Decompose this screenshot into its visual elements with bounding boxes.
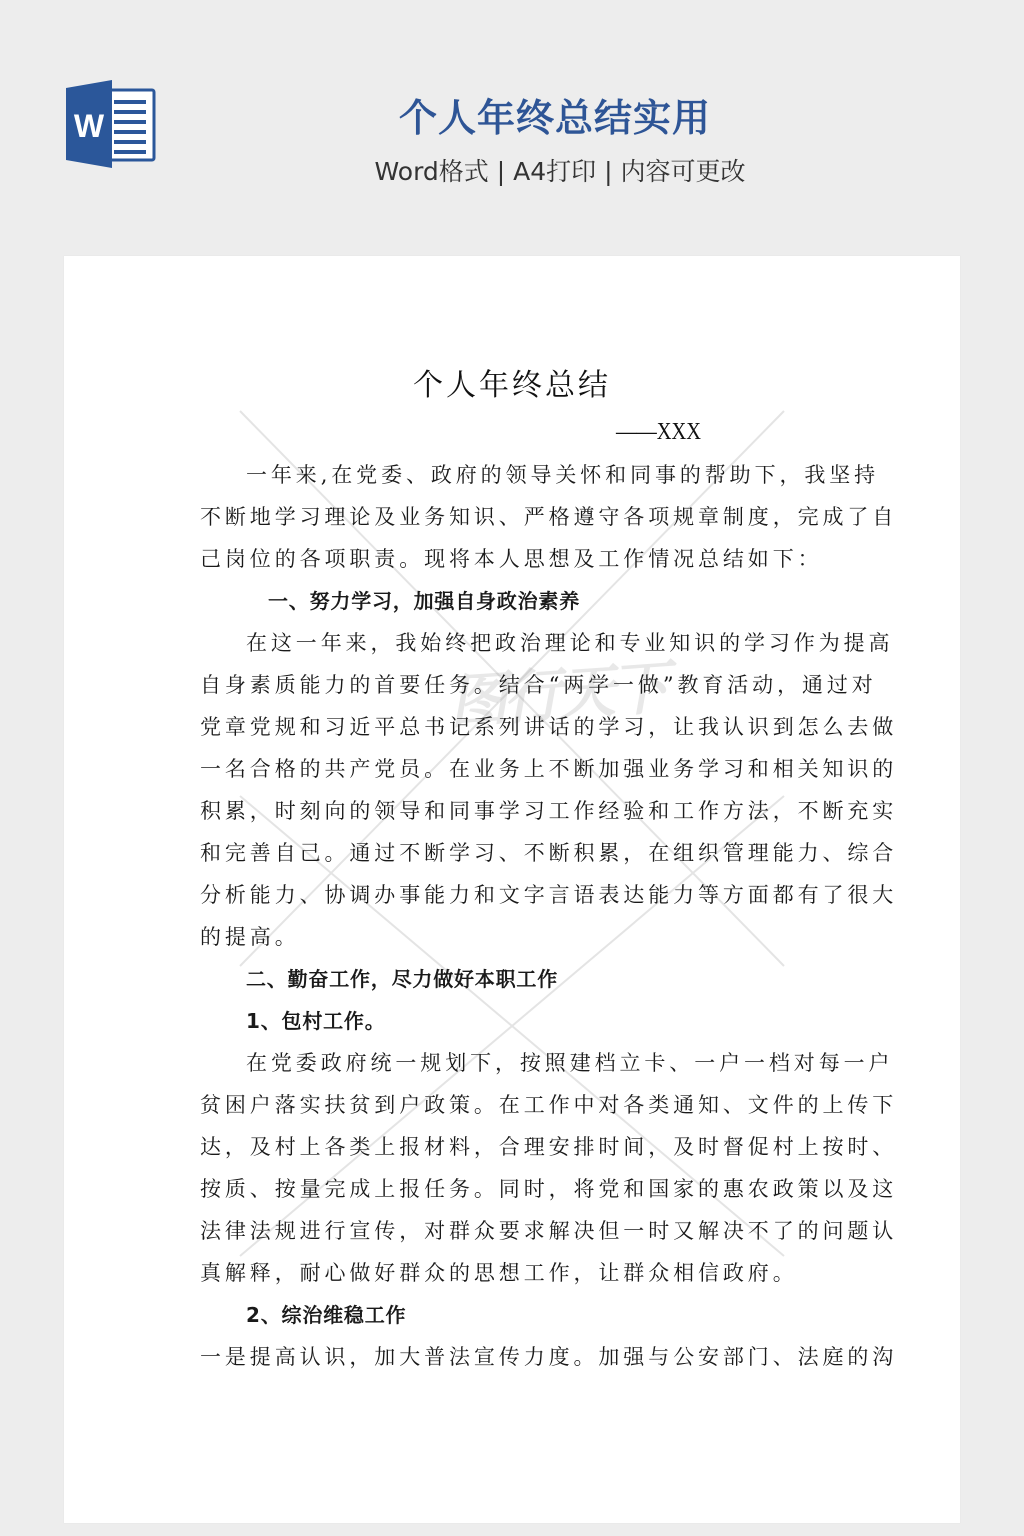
body-line: 一年来,在党委、政府的领导关怀和同事的帮助下，我坚持 bbox=[200, 454, 826, 496]
section-heading: 二、勤奋工作，尽力做好本职工作 bbox=[200, 958, 826, 1000]
body-line: 在党委政府统一规划下，按照建档立卡、一户一档对每一户 bbox=[200, 1042, 826, 1084]
document-page: 图行天下 个人年终总结 ——XXX 一年来,在党委、政府的领导关怀和同事的帮助下… bbox=[64, 256, 960, 1523]
body-line: 积累，时刻向的领导和同事学习工作经验和工作方法，不断充实 bbox=[200, 790, 826, 832]
body-line: 党章党规和习近平总书记系列讲话的学习，让我认识到怎么去做 bbox=[200, 706, 826, 748]
subsection-heading: 2、综治维稳工作 bbox=[200, 1294, 826, 1336]
subsection-heading: 1、包村工作。 bbox=[200, 1000, 826, 1042]
body-line: 一是提高认识，加大普法宣传力度。加强与公安部门、法庭的沟 bbox=[200, 1336, 826, 1378]
banner-subtitle: Word格式 | A4打印 | 内容可更改 bbox=[330, 152, 790, 192]
body-line: 自身素质能力的首要任务。结合“两学一做”教育活动，通过对 bbox=[200, 664, 826, 706]
body-line: 和完善自己。通过不断学习、不断积累，在组织管理能力、综合 bbox=[200, 832, 826, 874]
document-title: 个人年终总结 bbox=[64, 364, 960, 408]
section-heading: 一、努力学习，加强自身政治素养 bbox=[200, 580, 826, 622]
banner-title: 个人年终总结实用 bbox=[340, 92, 770, 144]
body-line: 己岗位的各项职责。现将本人思想及工作情况总结如下： bbox=[200, 538, 826, 580]
document-author: ——XXX bbox=[616, 414, 701, 450]
body-line: 真解释，耐心做好群众的思想工作，让群众相信政府。 bbox=[200, 1252, 826, 1294]
body-line: 分析能力、协调办事能力和文字言语表达能力等方面都有了很大 bbox=[200, 874, 826, 916]
body-line: 的提高。 bbox=[200, 916, 826, 958]
body-line: 不断地学习理论及业务知识、严格遵守各项规章制度，完成了自 bbox=[200, 496, 826, 538]
word-document-icon: W bbox=[64, 80, 158, 168]
body-line: 一名合格的共产党员。在业务上不断加强业务学习和相关知识的 bbox=[200, 748, 826, 790]
body-line: 贫困户落实扶贫到户政策。在工作中对各类通知、文件的上传下 bbox=[200, 1084, 826, 1126]
body-line: 在这一年来，我始终把政治理论和专业知识的学习作为提高 bbox=[200, 622, 826, 664]
body-line: 按质、按量完成上报任务。同时，将党和国家的惠农政策以及这 bbox=[200, 1168, 826, 1210]
svg-text:W: W bbox=[74, 108, 105, 144]
body-line: 法律法规进行宣传，对群众要求解决但一时又解决不了的问题认 bbox=[200, 1210, 826, 1252]
document-body: 一年来,在党委、政府的领导关怀和同事的帮助下，我坚持 不断地学习理论及业务知识、… bbox=[200, 454, 826, 1378]
body-line: 达，及村上各类上报材料，合理安排时间，及时督促村上按时、 bbox=[200, 1126, 826, 1168]
